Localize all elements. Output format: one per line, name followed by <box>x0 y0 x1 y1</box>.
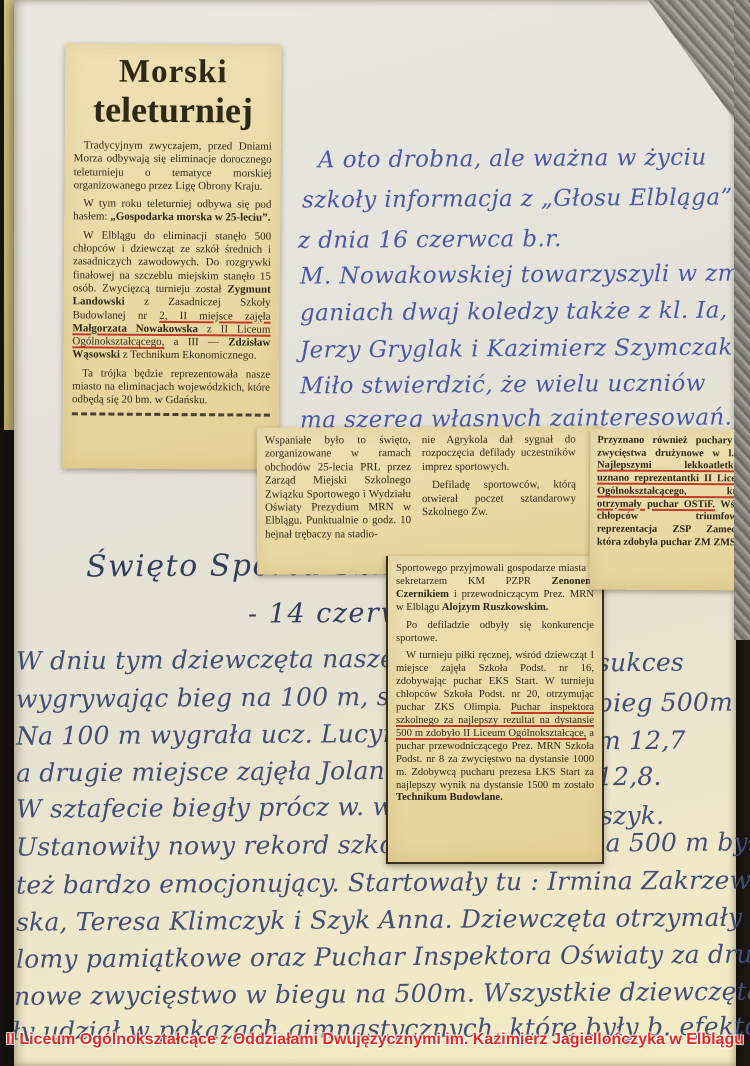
handwriting-line-fragment: 12,8. <box>597 762 662 791</box>
clipping-title: teleturniej <box>74 89 272 130</box>
clipping-paragraph: Wspaniałe było to święto, zorganizowane … <box>265 434 411 542</box>
clipping-column-left: Wspaniałe było to święto, zorganizowane … <box>265 434 411 568</box>
handwriting-line: też bardzo emocjonujący. Startowały tu :… <box>16 865 750 899</box>
clipping-text: a III — <box>164 336 228 348</box>
newspaper-clipping-sport-continuation: Sportowego przyjmowali gospodarze miasta… <box>386 556 604 864</box>
clipping-paragraph: Po defiladzie odbyły się konkurencje spo… <box>396 620 594 646</box>
red-underlined-text-bold: Małgorzata Nowakowska <box>72 322 198 335</box>
clipping-text: Przyznano również puchary za zwycięstwa … <box>597 435 750 460</box>
watermark-caption: II Liceum Ogólnokształcące z Oddziałami … <box>0 1031 750 1049</box>
newspaper-clipping-morski-teleturniej: Morski teleturniej Tradycyjnym zwyczajem… <box>63 43 282 469</box>
clipping-column-right: nie Agrykola dał sygnał do rozpoczęcia d… <box>422 433 576 567</box>
album-photo: A oto drobna, ale ważna w życiu szkoły i… <box>0 0 750 1066</box>
clipping-title: Morski <box>74 53 272 90</box>
clipping-paragraph: W tym roku teleturniej odbywa się pod ha… <box>73 197 271 225</box>
clipping-paragraph: nie Agrykola dał sygnał do rozpoczęcia d… <box>422 433 576 474</box>
handwriting-line: Jerzy Gryglak i Kazimierz Szymczak <box>300 334 733 363</box>
clipping-text: z Technikum Ekonomicznego. <box>120 349 257 362</box>
clipping-paragraph: W turnieju piłki ręcznej, wśród dziewczą… <box>396 650 594 805</box>
clipping-paragraph: W Elblągu do eliminacji stanęło 500 chło… <box>72 229 271 363</box>
red-underlined-text: 2, II miejsce zajęła <box>159 309 270 322</box>
handwriting-line: ganiach dwaj koledzy także z kl. Ia, <box>300 298 728 327</box>
clipping-text-bold: Alojzym Ruszkowskim. <box>442 602 549 613</box>
clipping-paragraph: Ta trójka będzie reprezentowała nasze mi… <box>72 367 270 408</box>
clipping-paragraph: Przyznano również puchary za zwycięstwa … <box>597 435 750 550</box>
handwriting-line: Miło stwierdzić, że wielu uczniów <box>300 371 706 400</box>
handwriting-line: z dnia 16 czerwca b.r. <box>298 226 562 254</box>
handwriting-line: A oto drobna, ale ważna w życiu <box>318 145 707 174</box>
background-carpet-edge <box>734 0 750 640</box>
handwriting-line: M. Nowakowskiej towarzyszyli w zma- <box>300 260 750 289</box>
clipping-paragraph: Defiladę sportowców, którą otwierał pocz… <box>422 479 576 520</box>
clipping-paragraph: Tradycyjnym zwyczajem, przed Dniami Morz… <box>73 139 271 194</box>
newspaper-clipping-sport-top: Wspaniałe było to święto, zorganizowane … <box>257 426 604 574</box>
handwriting-line: Ustanowiły nowy rekord szkoły - 52,2 . B… <box>16 827 750 861</box>
clipping-text-bold: Technikum Budowlane. <box>396 792 503 803</box>
handwriting-line: nowe zwycięstwo w biegu na 500m. Wszystk… <box>14 976 750 1011</box>
handwriting-line-fragment: szyk. <box>600 801 664 830</box>
handwriting-line-fragment: m 12,7 <box>597 726 686 756</box>
clipping-torn-edge <box>72 412 270 416</box>
handwriting-line-fragment: bieg 500m <box>597 688 733 718</box>
clipping-text-bold: „Gospodarka morska w 25-leciu”. <box>110 211 270 224</box>
handwriting-line: lomy pamiątkowe oraz Puchar Inspektora O… <box>16 939 750 973</box>
handwriting-line-fragment: sukces <box>597 648 684 678</box>
handwriting-line: szkoły informacja z „Głosu Elbląga” <box>302 184 733 213</box>
handwriting-line: ska, Teresa Klimczyk i Szyk Anna. Dziewc… <box>16 902 750 937</box>
clipping-paragraph: Sportowego przyjmowali gospodarze miasta… <box>396 563 594 615</box>
newspaper-clipping-puchary: Przyznano również puchary za zwycięstwa … <box>590 429 750 591</box>
